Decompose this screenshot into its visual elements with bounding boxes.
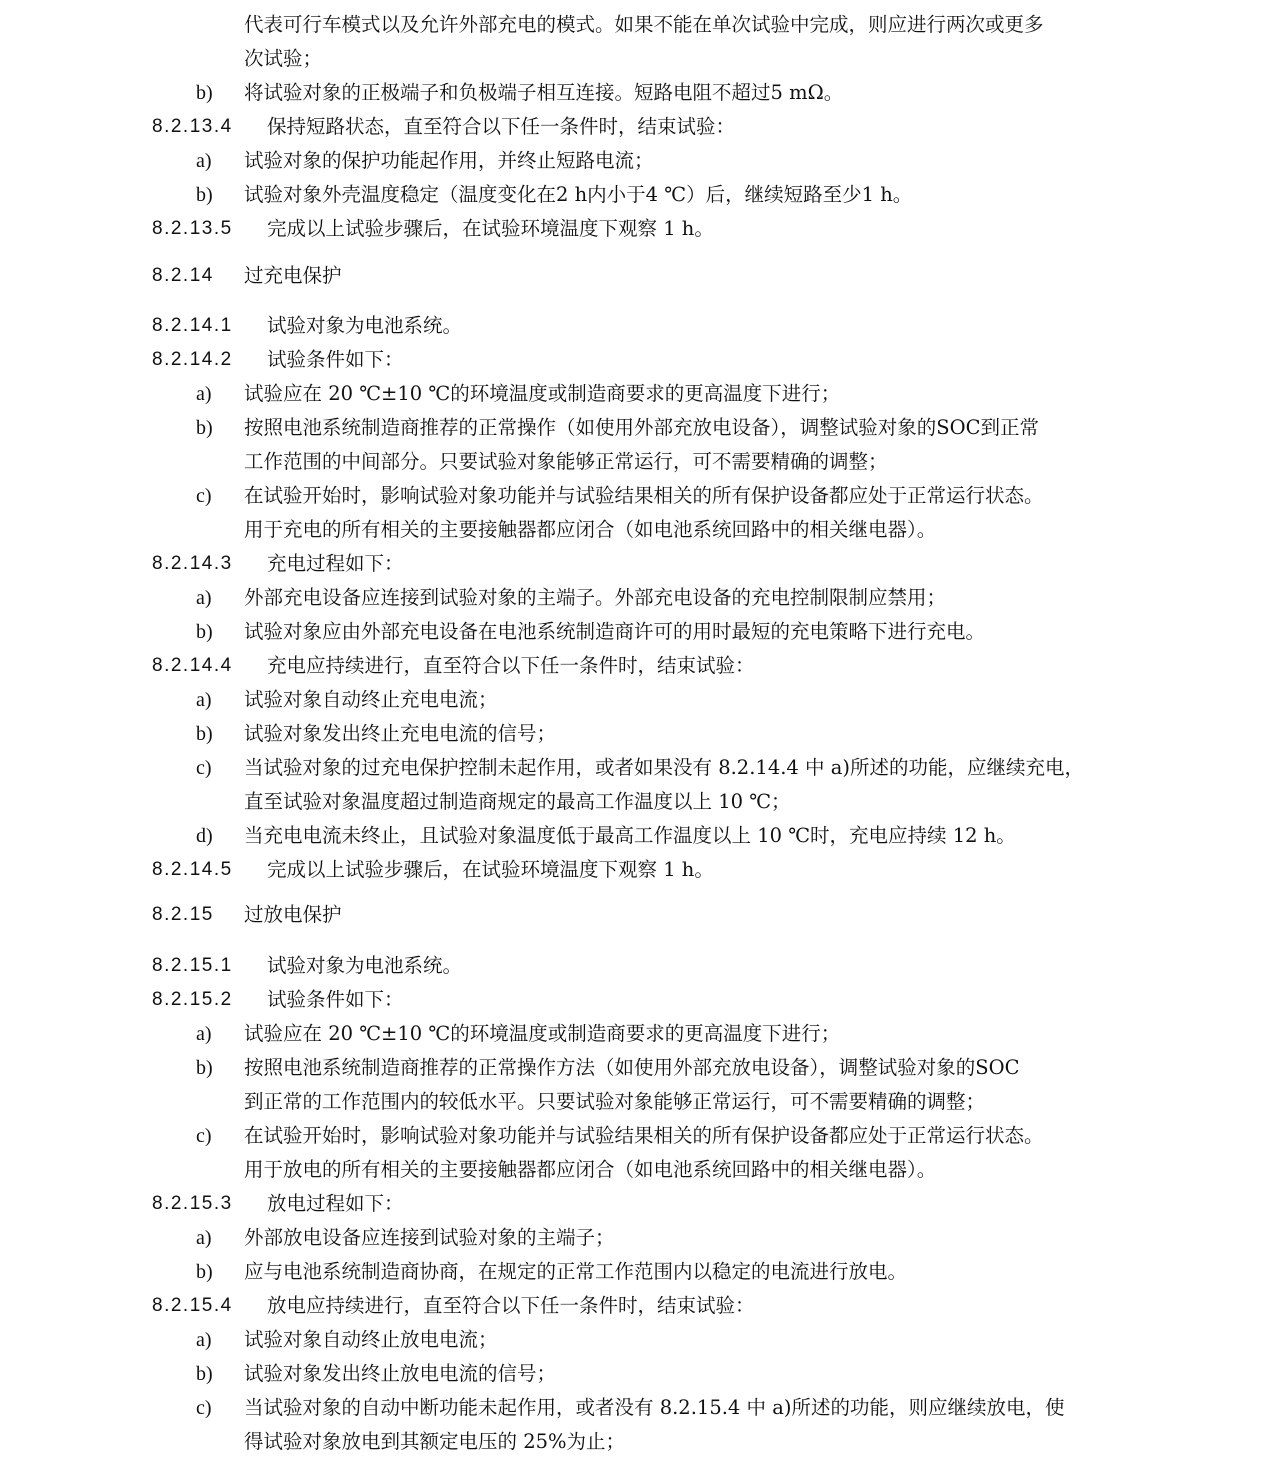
list-item: b)试验对象应由外部充电设备在电池系统制造商许可的用时最短的充电策略下进行充电。: [0, 615, 1280, 649]
clause-text: 保持短路状态，直至符合以下任一条件时，结束试验：: [267, 110, 735, 144]
continuation-text: 代表可行车模式以及允许外部充电的模式。如果不能在单次试验中完成，则应进行两次或更…: [244, 8, 1044, 42]
section-number: 8.2.15: [152, 898, 214, 932]
clause-number: 8.2.15.4: [152, 1289, 233, 1323]
list-item: a)外部充电设备应连接到试验对象的主端子。外部充电设备的充电控制限制应禁用；: [0, 581, 1280, 615]
list-item-text: 试验对象自动终止充电电流；: [244, 683, 498, 717]
list-item: b)试验对象发出终止充电电流的信号；: [0, 717, 1280, 751]
list-item-label: a): [196, 377, 212, 411]
list-item-label: c): [196, 1391, 212, 1425]
continuation-line: 用于放电的所有相关的主要接触器都应闭合（如电池系统回路中的相关继电器）。: [0, 1153, 1280, 1187]
list-item-label: a): [196, 1017, 212, 1051]
clause-number: 8.2.15.3: [152, 1187, 233, 1221]
list-item-label: a): [196, 1323, 212, 1357]
list-item-text: 外部充电设备应连接到试验对象的主端子。外部充电设备的充电控制限制应禁用；: [244, 581, 946, 615]
clause-text: 试验条件如下：: [267, 343, 404, 377]
list-item-label: b): [196, 1255, 213, 1289]
list-item: a)试验对象自动终止放电电流；: [0, 1323, 1280, 1357]
list-item: c)当试验对象的自动中断功能未起作用，或者没有 8.2.15.4 中 a)所述的…: [0, 1391, 1280, 1425]
section-heading: 8.2.14过充电保护: [0, 259, 1280, 293]
clause: 8.2.14.1试验对象为电池系统。: [0, 309, 1280, 343]
list-item: b)按照电池系统制造商推荐的正常操作方法（如使用外部充放电设备），调整试验对象的…: [0, 1051, 1280, 1085]
clause-text: 试验条件如下：: [267, 983, 404, 1017]
list-item-label: b): [196, 717, 213, 751]
list-item-text: 试验对象外壳温度稳定（温度变化在2 h内小于4 ℃）后，继续短路至少1 h。: [244, 178, 912, 212]
list-item-text: 在试验开始时，影响试验对象功能并与试验结果相关的所有保护设备都应处于正常运行状态…: [244, 479, 1044, 513]
list-item-label: b): [196, 1357, 213, 1391]
list-item: c)在试验开始时，影响试验对象功能并与试验结果相关的所有保护设备都应处于正常运行…: [0, 1119, 1280, 1153]
list-item-text: 试验对象的保护功能起作用，并终止短路电流；: [244, 144, 654, 178]
clause-number: 8.2.14.3: [152, 547, 233, 581]
continuation-line: 次试验；: [0, 42, 1280, 76]
list-item-label: c): [196, 1119, 212, 1153]
clause-text: 充电过程如下：: [267, 547, 404, 581]
list-item: b)试验对象外壳温度稳定（温度变化在2 h内小于4 ℃）后，继续短路至少1 h。: [0, 178, 1280, 212]
list-item-text: 按照电池系统制造商推荐的正常操作方法（如使用外部充放电设备），调整试验对象的SO…: [244, 1051, 1020, 1085]
clause: 8.2.13.4保持短路状态，直至符合以下任一条件时，结束试验：: [0, 110, 1280, 144]
list-item: b)按照电池系统制造商推荐的正常操作（如使用外部充放电设备），调整试验对象的SO…: [0, 411, 1280, 445]
clause-text: 试验对象为电池系统。: [267, 949, 462, 983]
clause: 8.2.15.4放电应持续进行，直至符合以下任一条件时，结束试验：: [0, 1289, 1280, 1323]
clause: 8.2.15.3放电过程如下：: [0, 1187, 1280, 1221]
continuation-line: 用于充电的所有相关的主要接触器都应闭合（如电池系统回路中的相关继电器）。: [0, 513, 1280, 547]
clause-text: 完成以上试验步骤后，在试验环境温度下观察 1 h。: [267, 853, 714, 887]
list-item: a)试验应在 20 ℃±10 ℃的环境温度或制造商要求的更高温度下进行；: [0, 1017, 1280, 1051]
clause-number: 8.2.14.2: [152, 343, 233, 377]
clause-number: 8.2.15.1: [152, 949, 233, 983]
list-item-label: a): [196, 683, 212, 717]
section-number: 8.2.14: [152, 259, 214, 293]
section-title: 过充电保护: [244, 259, 342, 293]
list-item-label: a): [196, 1221, 212, 1255]
list-item: b)试验对象发出终止放电电流的信号；: [0, 1357, 1280, 1391]
list-item: a)试验对象的保护功能起作用，并终止短路电流；: [0, 144, 1280, 178]
clause: 8.2.14.4充电应持续进行，直至符合以下任一条件时，结束试验：: [0, 649, 1280, 683]
clause: 8.2.14.3充电过程如下：: [0, 547, 1280, 581]
list-item-text: 试验应在 20 ℃±10 ℃的环境温度或制造商要求的更高温度下进行；: [244, 1017, 840, 1051]
clause-text: 完成以上试验步骤后，在试验环境温度下观察 1 h。: [267, 212, 714, 246]
list-item-label: a): [196, 581, 212, 615]
continuation-text: 用于放电的所有相关的主要接触器都应闭合（如电池系统回路中的相关继电器）。: [244, 1153, 936, 1187]
clause-number: 8.2.14.1: [152, 309, 233, 343]
list-item-text: 当试验对象的自动中断功能未起作用，或者没有 8.2.15.4 中 a)所述的功能…: [244, 1391, 1064, 1425]
list-item: c)在试验开始时，影响试验对象功能并与试验结果相关的所有保护设备都应处于正常运行…: [0, 479, 1280, 513]
continuation-line: 得试验对象放电到其额定电压的 25%为止；: [0, 1425, 1280, 1457]
list-item-label: b): [196, 411, 213, 445]
clause-number: 8.2.14.4: [152, 649, 233, 683]
list-item-text: 试验对象应由外部充电设备在电池系统制造商许可的用时最短的充电策略下进行充电。: [244, 615, 985, 649]
clause-text: 充电应持续进行，直至符合以下任一条件时，结束试验：: [267, 649, 755, 683]
continuation-text: 次试验；: [244, 42, 322, 76]
list-item-text: 当试验对象的过充电保护控制未起作用，或者如果没有 8.2.14.4 中 a)所述…: [244, 751, 1084, 785]
list-item-text: 试验对象自动终止放电电流；: [244, 1323, 498, 1357]
list-item-label: b): [196, 615, 213, 649]
list-item: a)外部放电设备应连接到试验对象的主端子；: [0, 1221, 1280, 1255]
section-title: 过放电保护: [244, 898, 342, 932]
continuation-line: 直至试验对象温度超过制造商规定的最高工作温度以上 10 ℃；: [0, 785, 1280, 819]
clause-number: 8.2.13.4: [152, 110, 233, 144]
section-heading: 8.2.15过放电保护: [0, 898, 1280, 932]
clause-text: 试验对象为电池系统。: [267, 309, 462, 343]
clause-text: 放电过程如下：: [267, 1187, 404, 1221]
clause: 8.2.15.2试验条件如下：: [0, 983, 1280, 1017]
continuation-text: 工作范围的中间部分。只要试验对象能够正常运行，可不需要精确的调整；: [244, 445, 888, 479]
clause: 8.2.14.5完成以上试验步骤后，在试验环境温度下观察 1 h。: [0, 853, 1280, 887]
list-item-label: b): [196, 76, 213, 110]
list-item: a)试验应在 20 ℃±10 ℃的环境温度或制造商要求的更高温度下进行；: [0, 377, 1280, 411]
list-item-label: d): [196, 819, 213, 853]
list-item-text: 外部放电设备应连接到试验对象的主端子；: [244, 1221, 615, 1255]
list-item: b)将试验对象的正极端子和负极端子相互连接。短路电阻不超过5 mΩ。: [0, 76, 1280, 110]
continuation-line: 工作范围的中间部分。只要试验对象能够正常运行，可不需要精确的调整；: [0, 445, 1280, 479]
clause: 8.2.13.5完成以上试验步骤后，在试验环境温度下观察 1 h。: [0, 212, 1280, 246]
list-item-label: a): [196, 144, 212, 178]
clause-number: 8.2.15.2: [152, 983, 233, 1017]
list-item-text: 试验对象发出终止放电电流的信号；: [244, 1357, 556, 1391]
list-item-text: 试验应在 20 ℃±10 ℃的环境温度或制造商要求的更高温度下进行；: [244, 377, 840, 411]
clause-number: 8.2.13.5: [152, 212, 233, 246]
clause-number: 8.2.14.5: [152, 853, 233, 887]
list-item-label: b): [196, 178, 213, 212]
continuation-text: 用于充电的所有相关的主要接触器都应闭合（如电池系统回路中的相关继电器）。: [244, 513, 936, 547]
list-item-text: 应与电池系统制造商协商，在规定的正常工作范围内以稳定的电流进行放电。: [244, 1255, 907, 1289]
list-item: d)当充电电流未终止，且试验对象温度低于最高工作温度以上 10 ℃时，充电应持续…: [0, 819, 1280, 853]
list-item-text: 当充电电流未终止，且试验对象温度低于最高工作温度以上 10 ℃时，充电应持续 1…: [244, 819, 1016, 853]
continuation-text: 直至试验对象温度超过制造商规定的最高工作温度以上 10 ℃；: [244, 785, 791, 819]
list-item-text: 按照电池系统制造商推荐的正常操作（如使用外部充放电设备），调整试验对象的SOC到…: [244, 411, 1039, 445]
continuation-line: 到正常的工作范围内的较低水平。只要试验对象能够正常运行，可不需要精确的调整；: [0, 1085, 1280, 1119]
continuation-line: 代表可行车模式以及允许外部充电的模式。如果不能在单次试验中完成，则应进行两次或更…: [0, 8, 1280, 42]
list-item-label: c): [196, 479, 212, 513]
list-item: b)应与电池系统制造商协商，在规定的正常工作范围内以稳定的电流进行放电。: [0, 1255, 1280, 1289]
continuation-text: 到正常的工作范围内的较低水平。只要试验对象能够正常运行，可不需要精确的调整；: [244, 1085, 985, 1119]
list-item-label: b): [196, 1051, 213, 1085]
continuation-text: 得试验对象放电到其额定电压的 25%为止；: [244, 1425, 625, 1457]
list-item-text: 试验对象发出终止充电电流的信号；: [244, 717, 556, 751]
list-item-label: c): [196, 751, 212, 785]
list-item-text: 在试验开始时，影响试验对象功能并与试验结果相关的所有保护设备都应处于正常运行状态…: [244, 1119, 1044, 1153]
list-item-text: 将试验对象的正极端子和负极端子相互连接。短路电阻不超过5 mΩ。: [244, 76, 843, 110]
clause: 8.2.15.1试验对象为电池系统。: [0, 949, 1280, 983]
clause: 8.2.14.2试验条件如下：: [0, 343, 1280, 377]
list-item: a)试验对象自动终止充电电流；: [0, 683, 1280, 717]
clause-text: 放电应持续进行，直至符合以下任一条件时，结束试验：: [267, 1289, 755, 1323]
list-item: c)当试验对象的过充电保护控制未起作用，或者如果没有 8.2.14.4 中 a)…: [0, 751, 1280, 785]
